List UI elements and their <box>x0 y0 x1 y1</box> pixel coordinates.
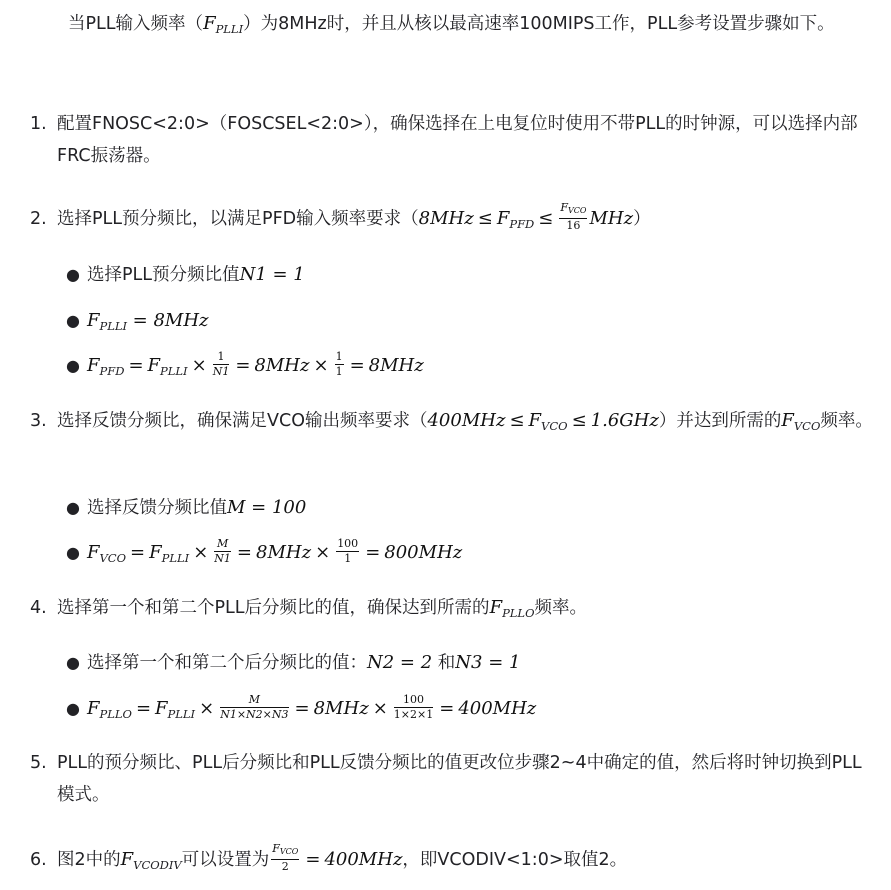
bullet-text: 选择第一个和第二个后分频比的值：N2 = 2 和N3 = 1 <box>87 647 846 679</box>
step-text: 图2中的FVCODIV可以设置为FVCO2=400MHz，即VCODIV<1:0… <box>57 844 875 881</box>
math-subscript: PLLI <box>160 364 188 378</box>
frac-den: 16 <box>559 219 587 232</box>
math-value: 8MHz <box>314 698 369 719</box>
frac-num: 1 <box>335 351 344 365</box>
math-var: F <box>529 410 542 431</box>
math-var: F <box>490 597 503 618</box>
math-times: × <box>311 542 334 563</box>
math-eq: = <box>435 698 458 719</box>
math-var: F <box>121 849 134 870</box>
math-fraction: MN1×N2×N3 <box>220 694 288 721</box>
frac-num: 1 <box>213 351 230 365</box>
bullet-fpllo: ● FPLLO=FPLLI×MN1×N2×N3=8MHz×1001×2×1=40… <box>66 693 846 730</box>
step-text-after: 频率。 <box>535 598 588 618</box>
step-number: 4. <box>30 592 47 624</box>
math-fraction: 1001 <box>336 538 359 565</box>
frac-num: M <box>214 538 231 552</box>
step-number: 6. <box>30 844 47 876</box>
math-subscript: VCO <box>541 419 568 433</box>
intro-paragraph: 当PLL输入频率（FPLLI）为8MHz时，并且从核以最高速率100MIPS工作… <box>24 8 874 45</box>
step-text: 配置FNOSC<2:0>（FOSCSEL<2:0>），确保选择在上电复位时使用不… <box>57 108 875 172</box>
math-expr: N3 = 1 <box>455 652 520 673</box>
math-eq: = <box>231 355 254 376</box>
math-subscript: VCO <box>100 551 127 565</box>
math-expr: M = 100 <box>227 497 306 518</box>
frac-den: 1 <box>335 365 344 378</box>
frac-num: M <box>220 694 288 708</box>
math-fraction: FVCO2 <box>271 843 299 873</box>
math-eq: = <box>233 542 256 563</box>
frac-num: F <box>272 842 280 855</box>
bullet-label: 选择PLL预分频比值 <box>87 265 240 285</box>
frac-den: 1 <box>336 552 359 565</box>
step-2: 2. 选择PLL预分频比，以满足PFD输入频率要求（8MHz≤FPFD≤FVCO… <box>30 203 875 240</box>
math-subscript: PFD <box>100 364 125 378</box>
math-times: × <box>189 542 212 563</box>
math-le: ≤ <box>534 208 557 229</box>
math-times: × <box>195 698 218 719</box>
step-4: 4. 选择第一个和第二个PLL后分频比的值，确保达到所需的FPLLO频率。 <box>30 592 875 629</box>
math-left: 400MHz <box>427 410 505 431</box>
step-text: 选择第一个和第二个PLL后分频比的值，确保达到所需的FPLLO频率。 <box>57 592 875 629</box>
bullet-text: FPLLO=FPLLI×MN1×N2×N3=8MHz×1001×2×1=400M… <box>87 693 846 730</box>
step-text: 选择PLL预分频比，以满足PFD输入频率要求（8MHz≤FPFD≤FVCO16M… <box>57 203 875 240</box>
math-result: 400MHz <box>458 698 536 719</box>
math-eq: = <box>301 849 324 870</box>
math-left: 8MHz <box>419 208 474 229</box>
bullet-dot-icon: ● <box>66 305 80 337</box>
bullet-fpfd: ● FPFD=FPLLI×1N1=8MHz×11=8MHz <box>66 350 846 387</box>
math-expr: N1 = 1 <box>240 264 305 285</box>
frac-num-sub: VCO <box>568 206 586 215</box>
bullet-dot-icon: ● <box>66 647 80 679</box>
bullet-dot-icon: ● <box>66 492 80 524</box>
math-subscript: VCODIV <box>133 858 182 872</box>
bullet-fplli: ● FPLLI = 8MHz <box>66 305 846 342</box>
step-text-before: 选择PLL预分频比，以满足PFD输入频率要求（ <box>57 209 419 229</box>
math-subscript: PLLI <box>168 707 196 721</box>
bullet-dot-icon: ● <box>66 693 80 725</box>
frac-den: 1×2×1 <box>394 708 433 721</box>
math-fraction: 1001×2×1 <box>394 694 433 721</box>
math-times: × <box>188 355 211 376</box>
step-tail-text: 频率。 <box>820 411 873 431</box>
frac-num: 100 <box>336 538 359 552</box>
bullet-text: 选择PLL预分频比值N1 = 1 <box>87 259 846 291</box>
math-le: ≤ <box>474 208 497 229</box>
step-6: 6. 图2中的FVCODIV可以设置为FVCO2=400MHz，即VCODIV<… <box>30 844 875 881</box>
frac-den: N1×N2×N3 <box>220 708 288 721</box>
frac-den: N1 <box>213 365 230 378</box>
step-number: 2. <box>30 203 47 235</box>
math-var: F <box>781 410 794 431</box>
frac-num: 100 <box>394 694 433 708</box>
math-var: F <box>87 310 100 331</box>
math-eq: = <box>126 542 149 563</box>
math-var: F <box>87 542 100 563</box>
step-text-before: 选择反馈分频比，确保满足VCO输出频率要求（ <box>57 411 427 431</box>
bullet-text: FPLLI = 8MHz <box>87 305 846 342</box>
math-right: 1.6GHz <box>591 410 659 431</box>
step-text-before: 选择第一个和第二个PLL后分频比的值，确保达到所需的 <box>57 598 490 618</box>
step-text: PLL的预分频比、PLL后分频比和PLL反馈分频比的值更改位步骤2~4中确定的值… <box>57 747 875 811</box>
frac-num: F <box>560 201 568 214</box>
math-result: 800MHz <box>384 542 462 563</box>
step-number: 1. <box>30 108 47 140</box>
math-value: 8MHz <box>254 355 309 376</box>
math-fraction: 1N1 <box>213 351 230 378</box>
math-subscript: PLLI <box>100 319 128 333</box>
math-var: F <box>155 698 168 719</box>
step-text: 选择反馈分频比，确保满足VCO输出频率要求（400MHz≤FVCO≤1.6GHz… <box>57 405 875 442</box>
step-text-after: ）并达到所需的 <box>659 411 782 431</box>
math-var: F <box>87 355 100 376</box>
bullet-text: FPFD=FPLLI×1N1=8MHz×11=8MHz <box>87 350 846 387</box>
math-unit: MHz <box>589 208 633 229</box>
step-1: 1. 配置FNOSC<2:0>（FOSCSEL<2:0>），确保选择在上电复位时… <box>30 108 875 172</box>
step-text-before: 图2中的 <box>57 850 121 870</box>
math-times: × <box>369 698 392 719</box>
math-eq: = <box>361 542 384 563</box>
math-var: F <box>203 13 216 34</box>
step-text-after: ） <box>633 209 651 229</box>
math-fraction: MN1 <box>214 538 231 565</box>
bullet-label: 选择反馈分频比值 <box>87 498 227 518</box>
math-subscript: PLLO <box>100 707 132 721</box>
math-value: 8MHz <box>256 542 311 563</box>
intro-text-before: 当PLL输入频率（ <box>68 14 203 34</box>
bullet-text: FVCO=FPLLI×MN1=8MHz×1001=800MHz <box>87 537 846 574</box>
math-times: × <box>309 355 332 376</box>
math-var: F <box>148 355 161 376</box>
math-subscript: PLLI <box>162 551 190 565</box>
math-eq: = <box>132 698 155 719</box>
frac-num-sub: VCO <box>280 847 298 856</box>
bullet-n1: ● 选择PLL预分频比值N1 = 1 <box>66 259 846 291</box>
bullet-and: 和 <box>438 653 456 673</box>
math-eq: = <box>291 698 314 719</box>
math-expr: = 8MHz <box>133 310 209 331</box>
bullet-text: 选择反馈分频比值M = 100 <box>87 492 846 524</box>
math-fraction: FVCO16 <box>559 202 587 232</box>
math-eq: = <box>124 355 147 376</box>
bullet-dot-icon: ● <box>66 350 80 382</box>
math-subscript: PFD <box>509 217 534 231</box>
bullet-m: ● 选择反馈分频比值M = 100 <box>66 492 846 524</box>
math-le: ≤ <box>568 410 591 431</box>
step-5: 5. PLL的预分频比、PLL后分频比和PLL反馈分频比的值更改位步骤2~4中确… <box>30 747 875 811</box>
frac-den: 2 <box>271 860 299 873</box>
bullet-dot-icon: ● <box>66 537 80 569</box>
math-le: ≤ <box>505 410 528 431</box>
step-3: 3. 选择反馈分频比，确保满足VCO输出频率要求（400MHz≤FVCO≤1.6… <box>30 405 875 442</box>
intro-text-after: ）为8MHz时，并且从核以最高速率100MIPS工作，PLL参考设置步骤如下。 <box>243 14 834 34</box>
bullet-dot-icon: ● <box>66 259 80 291</box>
bullet-n2-n3: ● 选择第一个和第二个后分频比的值：N2 = 2 和N3 = 1 <box>66 647 846 679</box>
bullet-fvco: ● FVCO=FPLLI×MN1=8MHz×1001=800MHz <box>66 537 846 574</box>
math-fraction: 11 <box>335 351 344 378</box>
math-var: F <box>497 208 510 229</box>
math-subscript: PLLI <box>216 22 244 36</box>
math-var: F <box>149 542 162 563</box>
math-subscript: PLLO <box>502 606 534 620</box>
math-eq: = <box>346 355 369 376</box>
math-subscript: VCO <box>794 419 821 433</box>
step-number: 5. <box>30 747 47 779</box>
math-expr: N2 = 2 <box>367 652 432 673</box>
step-number: 3. <box>30 405 47 437</box>
bullet-label: 选择第一个和第二个后分频比的值： <box>87 653 367 673</box>
step-text-after: ，即VCODIV<1:0>取值2。 <box>402 850 627 870</box>
math-value: 400MHz <box>324 849 402 870</box>
math-result: 8MHz <box>369 355 424 376</box>
step-text-mid: 可以设置为 <box>182 850 270 870</box>
math-var: F <box>87 698 100 719</box>
frac-den: N1 <box>214 552 231 565</box>
